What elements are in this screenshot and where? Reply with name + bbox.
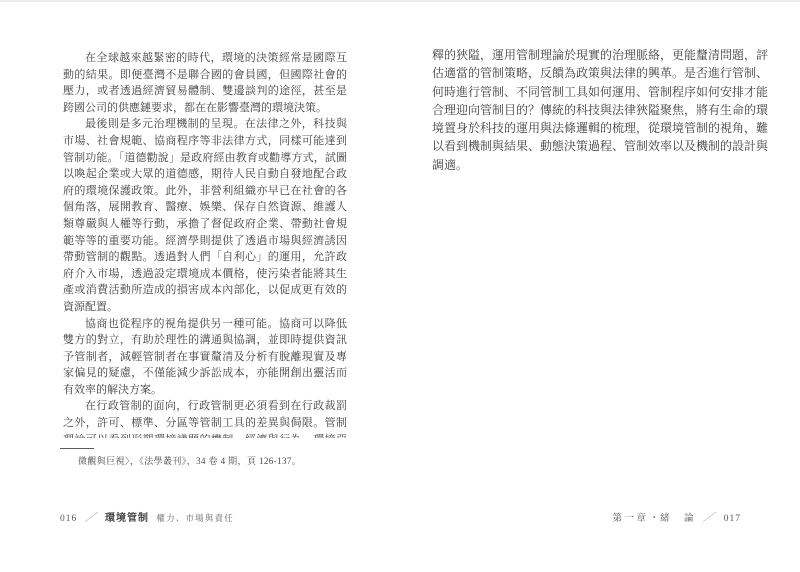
chapter-label: 第一章 <box>612 514 648 524</box>
book-subtitle: 權力、市場與責任 <box>156 513 234 523</box>
paragraph: 在行政管制的面向，行政管制更必須看到在行政裁罰之外，許可、標準、分區等管制工具的… <box>63 398 347 438</box>
right-page: 釋的狹隘，運用管制理論於現實的治理脈絡，更能釐清問題，評估適當的管制策略，反饋為… <box>400 0 800 572</box>
left-page: 在全球越來越緊密的時代，環境的決策經常是國際互動的結果。即便臺灣不是聯合國的會員… <box>0 0 400 572</box>
paragraph: 協商也從程序的視角提供另一種可能。協商可以降低雙方的對立，有助於理性的溝通與協調… <box>63 316 347 399</box>
chapter-dot: ・ <box>649 514 659 524</box>
book-title: 環境管制 <box>105 513 149 524</box>
footer-separator: ／ <box>83 509 99 525</box>
left-page-footer: 016 ／ 環境管制 權力、市場與責任 <box>60 509 234 525</box>
page-number: 017 <box>724 514 741 524</box>
book-spread: 在全球越來越緊密的時代，環境的決策經常是國際互動的結果。即便臺灣不是聯合國的會員… <box>0 0 800 572</box>
right-page-body-text: 釋的狹隘，運用管制理論於現實的治理脈絡，更能釐清問題，評估適當的管制策略，反饋為… <box>432 46 768 186</box>
footnote-text: 微觀與巨視〉，《法學叢刊》，34 卷 4 期，頁 126-137。 <box>78 455 338 468</box>
right-page-footer: 第一章・緒 論 ／ 017 <box>612 509 741 525</box>
paragraph: 在全球越來越緊密的時代，環境的決策經常是國際互動的結果。即便臺灣不是聯合國的會員… <box>63 50 347 116</box>
section-label: 緒 論 <box>660 514 696 524</box>
page-number: 016 <box>60 514 77 524</box>
footnote-rule <box>60 448 94 449</box>
left-page-body-text: 在全球越來越緊密的時代，環境的決策經常是國際互動的結果。即便臺灣不是聯合國的會員… <box>63 50 347 438</box>
paragraph: 釋的狹隘，運用管制理論於現實的治理脈絡，更能釐清問題，評估適當的管制策略，反饋為… <box>432 46 768 174</box>
footer-separator: ／ <box>702 509 718 525</box>
paragraph: 最後則是多元治理機制的呈現。在法律之外，科技與市場、社會規範、協商程序等非法律方… <box>63 116 347 315</box>
